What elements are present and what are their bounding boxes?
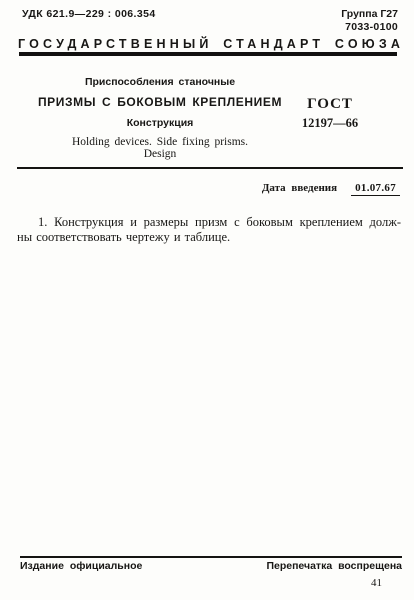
effective-date-value: 01.07.67: [351, 182, 400, 196]
group-label: Группа Г27: [341, 8, 398, 21]
udc-code: УДК 621.9—229 : 006.354: [22, 8, 156, 20]
footer-rule: [20, 556, 402, 558]
body-paragraph: 1. Конструкция и размеры призм с боковым…: [17, 215, 401, 244]
top-meta-row: УДК 621.9—229 : 006.354 Группа Г27 7033-…: [22, 8, 398, 34]
standard-org-title: ГОСУДАРСТВЕННЫЙ СТАНДАРТ СОЮЗА ССР: [18, 37, 398, 51]
gost-document-page: УДК 621.9—229 : 006.354 Группа Г27 7033-…: [0, 0, 414, 600]
title-category: Приспособления станочные: [30, 76, 290, 88]
title-english: Holding devices. Side fixing prisms. Des…: [30, 136, 290, 160]
title-block: Приспособления станочные ПРИЗМЫ С БОКОВЫ…: [30, 76, 290, 160]
edition-note: Издание официальное: [20, 560, 142, 572]
classifier-code: 7033-0100: [341, 21, 398, 34]
standard-designation: ГОСТ 12197—66: [288, 96, 372, 131]
group-block: Группа Г27 7033-0100: [341, 8, 398, 34]
document-title: ПРИЗМЫ С БОКОВЫМ КРЕПЛЕНИЕМ: [30, 95, 290, 109]
standard-number: 12197—66: [288, 116, 372, 131]
body-paragraph-line1: 1. Конструкция и размеры призм с боковым…: [17, 215, 401, 230]
header-rule: [19, 52, 397, 56]
page-number: 41: [371, 577, 382, 589]
section-divider-rule: [17, 167, 403, 169]
standard-label: ГОСТ: [288, 96, 372, 113]
effective-date-row: Дата введения01.07.67: [262, 182, 400, 196]
footer-row: Издание официальное Перепечатка воспреще…: [20, 560, 402, 572]
title-subtitle: Конструкция: [30, 117, 290, 129]
body-paragraph-line2: ны соответствовать чертежу и таблице.: [17, 230, 401, 245]
title-english-line2: Design: [30, 148, 290, 160]
title-english-line1: Holding devices. Side fixing prisms.: [30, 136, 290, 148]
effective-date-label: Дата введения: [262, 182, 337, 194]
reprint-note: Перепечатка воспрещена: [266, 560, 402, 572]
